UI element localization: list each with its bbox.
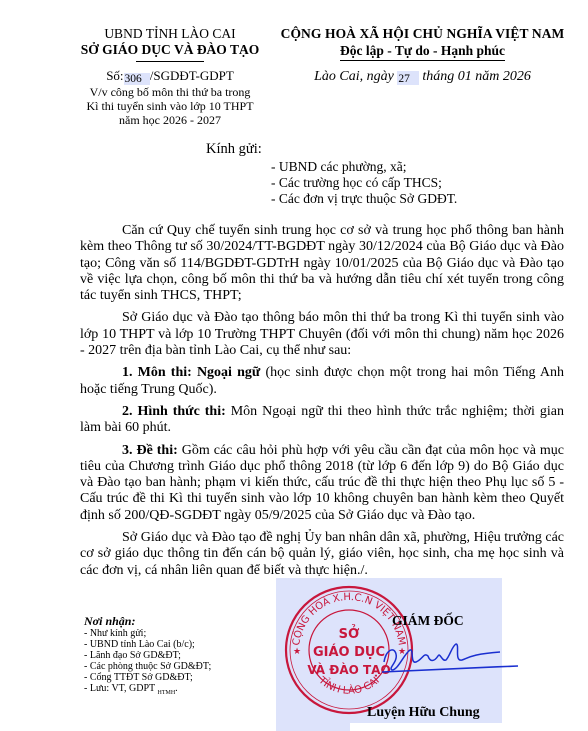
parent-org: UBND TỈNH LÀO CAI bbox=[60, 26, 280, 42]
document-body: Căn cứ Quy chế tuyển sinh trung học cơ s… bbox=[80, 223, 564, 585]
svg-text:★: ★ bbox=[293, 647, 301, 657]
national-header: CỘNG HOÀ XÃ HỘI CHỦ NGHĨA VIỆT NAM Độc l… bbox=[265, 26, 580, 86]
signer-name: Luyện Hữu Chung bbox=[367, 705, 480, 721]
national-motto: Độc lập - Tự do - Hạnh phúc bbox=[340, 43, 505, 61]
recipient-item: - UBND các phường, xã; bbox=[271, 159, 457, 175]
issue-day: 27 bbox=[397, 71, 419, 85]
signature-area-mask bbox=[350, 723, 502, 731]
paragraph-request: Sở Giáo dục và Đào tạo đề nghị Ủy ban nh… bbox=[80, 530, 564, 579]
stamp-outer-bottom-text: TỈNH LÀO CAI bbox=[316, 675, 382, 697]
distribution-item: - UBND tỉnh Lào Cai (b/c); bbox=[84, 639, 211, 650]
subject-line-2: Kì thi tuyển sinh vào lớp 10 THPT bbox=[60, 99, 280, 113]
svg-text:SỞ: SỞ bbox=[339, 625, 360, 642]
recipients-list: - UBND các phường, xã; - Các trường học … bbox=[271, 159, 457, 207]
distribution-item: - Lãnh đạo Sở GD&ĐT; bbox=[84, 650, 211, 661]
header-divider bbox=[136, 61, 204, 62]
distribution-item: - Như kính gửi; bbox=[84, 628, 211, 639]
nation-title: CỘNG HOÀ XÃ HỘI CHỦ NGHĨA VIỆT NAM bbox=[265, 26, 580, 42]
svg-text:VÀ ĐÀO TẠO: VÀ ĐÀO TẠO bbox=[307, 662, 390, 677]
paragraph-announcement: Sở Giáo dục và Đào tạo thông báo môn thi… bbox=[80, 310, 564, 359]
distribution-item: - Cổng TTĐT Sở GD&ĐT; bbox=[84, 672, 211, 683]
recipient-item: - Các trường học có cấp THCS; bbox=[271, 175, 457, 191]
issuing-org: SỞ GIÁO DỤC VÀ ĐÀO TẠO bbox=[60, 42, 280, 58]
recipient-item: - Các đơn vị trực thuộc Sở GDĐT. bbox=[271, 191, 457, 207]
subject-line-1: V/v công bố môn thi thứ ba trong bbox=[60, 85, 280, 99]
signer-position: GIÁM ĐỐC bbox=[392, 613, 464, 629]
svg-text:GIÁO DỤC: GIÁO DỤC bbox=[313, 644, 385, 660]
document-number-value: 306 bbox=[124, 73, 150, 85]
item-exam: 3. Đề thi: Gồm các câu hỏi phù hợp với y… bbox=[80, 443, 564, 524]
handwritten-signature-icon bbox=[380, 640, 520, 680]
subject-line-3: năm học 2026 - 2027 bbox=[60, 113, 280, 127]
distribution-title: Nơi nhận: bbox=[84, 615, 211, 628]
paragraph-basis: Căn cứ Quy chế tuyển sinh trung học cơ s… bbox=[80, 223, 564, 304]
recipients-label: Kính gửi: bbox=[206, 141, 262, 158]
distribution-item: - Các phòng thuộc Sở GD&ĐT; bbox=[84, 661, 211, 672]
distribution-item: - Lưu: VT, GDPT HTMH. bbox=[84, 683, 211, 699]
item-subject: 1. Môn thi: Ngoại ngữ (học sinh được chọ… bbox=[80, 365, 564, 398]
document-number: Số:306/SGDĐT-GDPT bbox=[60, 68, 280, 85]
issuing-authority-header: UBND TỈNH LÀO CAI SỞ GIÁO DỤC VÀ ĐÀO TẠO… bbox=[60, 26, 280, 127]
item-format: 2. Hình thức thi: Môn Ngoại ngữ thi theo… bbox=[80, 404, 564, 437]
issue-date: Lào Cai, ngày 27 tháng 01 năm 2026 bbox=[265, 68, 580, 86]
distribution-list: Nơi nhận: - Như kính gửi; - UBND tỉnh Là… bbox=[84, 615, 211, 699]
